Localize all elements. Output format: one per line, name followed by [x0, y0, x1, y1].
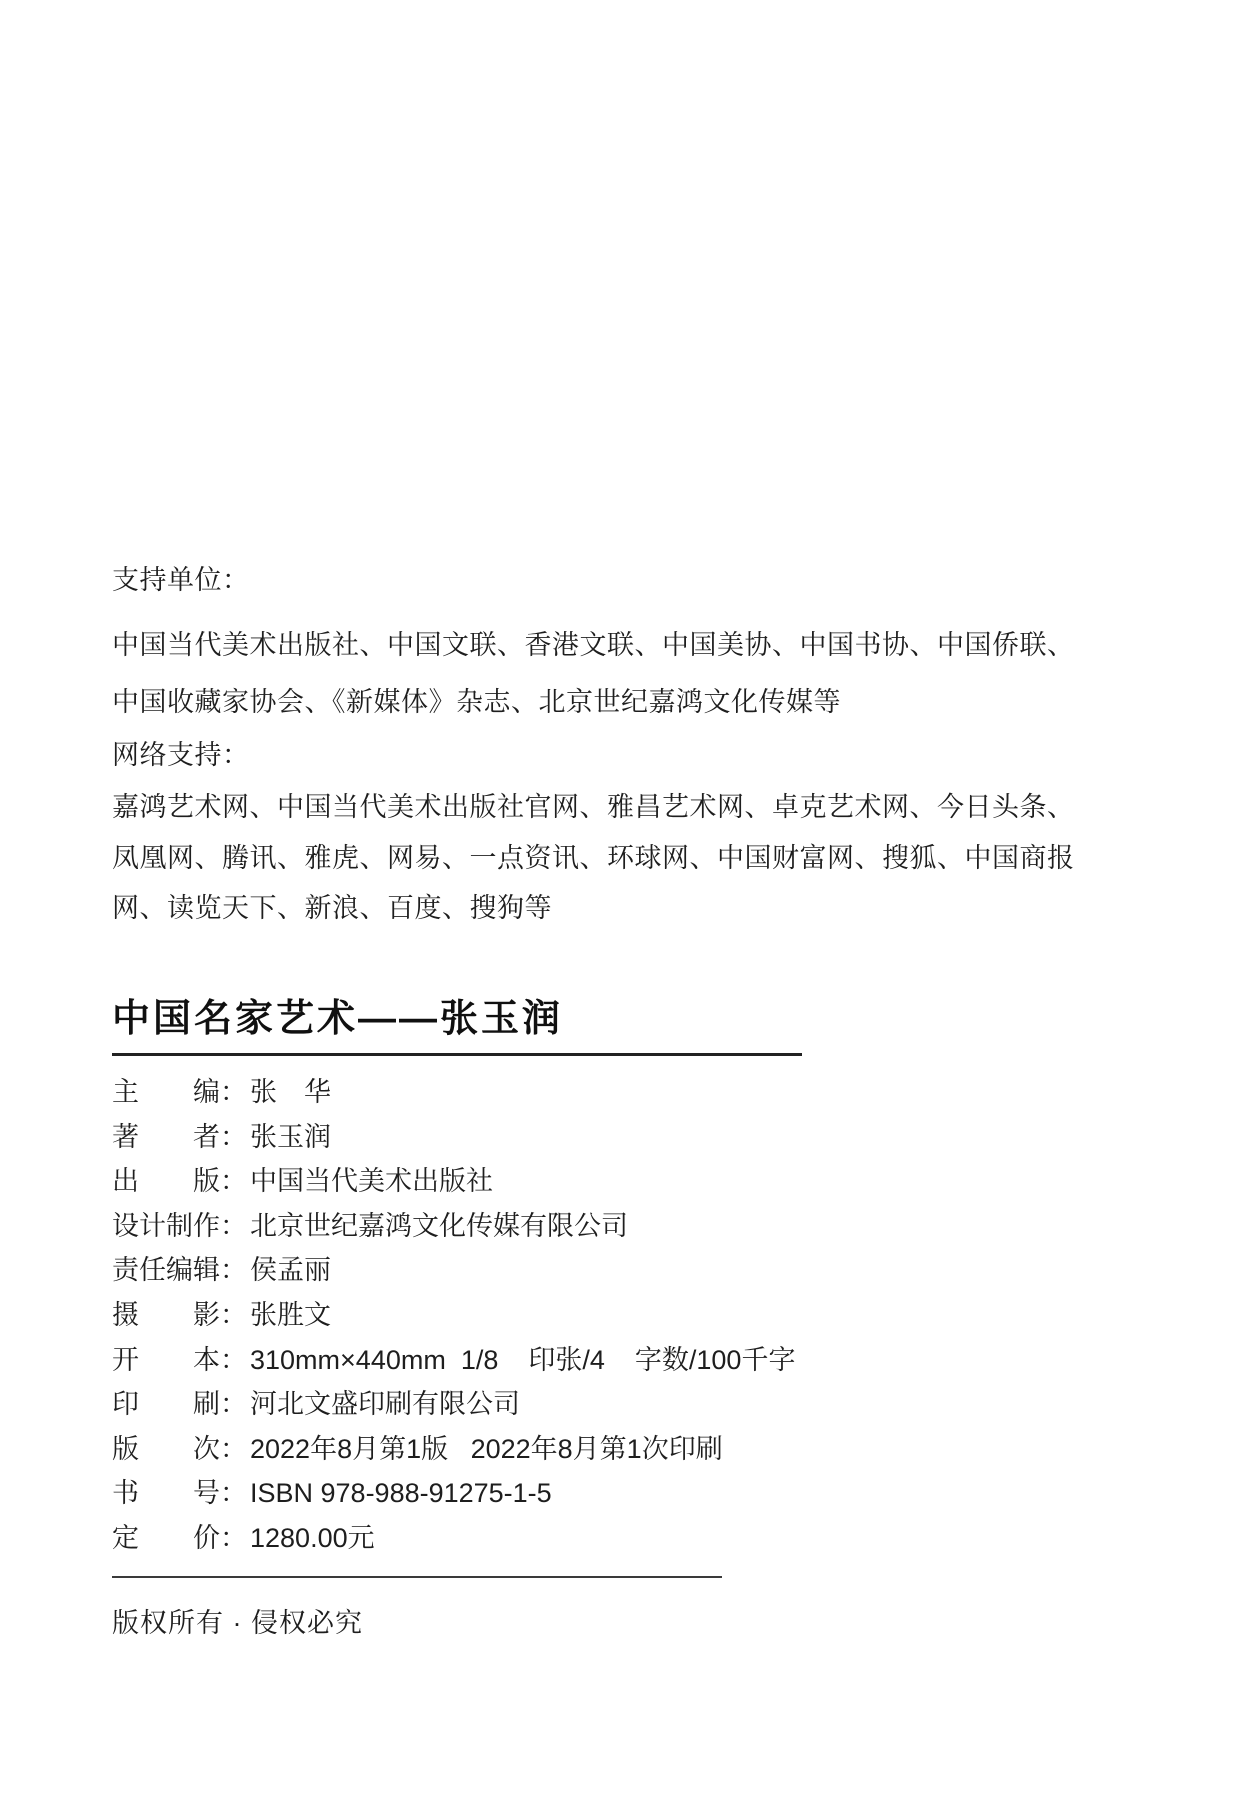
colophon-value: ISBN 978-988-91275-1-5: [250, 1478, 552, 1508]
colophon-page: 支持单位： 中国当代美术出版社、中国文联、香港文联、中国美协、中国书协、中国侨联…: [0, 0, 1248, 1800]
bottom-divider: [112, 1576, 722, 1578]
colophon-row-printer: 印 刷：河北文盛印刷有限公司: [112, 1382, 795, 1427]
colophon-label: 设计制作：: [112, 1204, 250, 1249]
colophon-label: 责任编辑：: [112, 1248, 250, 1293]
colophon-value: 河北文盛印刷有限公司: [250, 1389, 520, 1419]
colophon-label: 摄 影：: [112, 1293, 250, 1338]
colophon-label: 定 价：: [112, 1516, 250, 1561]
colophon-value: 310mm×440mm 1/8 印张/4 字数/100千字: [250, 1345, 795, 1375]
book-title: 中国名家艺术——张玉润: [112, 995, 563, 1043]
colophon-value: 2022年8月第1版 2022年8月第1次印刷: [250, 1434, 723, 1464]
colophon-value: 张玉润: [250, 1122, 331, 1152]
network-line-2: 凤凰网、腾讯、雅虎、网易、一点资讯、环球网、中国财富网、搜狐、中国商报: [112, 840, 1075, 876]
colophon-value: 张胜文: [250, 1300, 331, 1330]
colophon-row-isbn: 书 号：ISBN 978-988-91275-1-5: [112, 1471, 795, 1516]
network-line-3: 网、读览天下、新浪、百度、搜狗等: [112, 890, 552, 926]
colophon-row-format: 开 本：310mm×440mm 1/8 印张/4 字数/100千字: [112, 1338, 795, 1383]
colophon-row-managing-editor: 责任编辑：侯孟丽: [112, 1248, 795, 1293]
network-heading: 网络支持：: [112, 737, 250, 773]
colophon-value: 1280.00元: [250, 1523, 375, 1553]
support-line-1: 中国当代美术出版社、中国文联、香港文联、中国美协、中国书协、中国侨联、: [112, 627, 1075, 663]
colophon-table: 主 编：张 华 著 者：张玉润 出 版：中国当代美术出版社 设计制作：北京世纪嘉…: [112, 1070, 795, 1561]
colophon-label: 版 次：: [112, 1427, 250, 1472]
colophon-row-design: 设计制作：北京世纪嘉鸿文化传媒有限公司: [112, 1204, 795, 1249]
colophon-row-price: 定 价：1280.00元: [112, 1516, 795, 1561]
title-underline: [112, 1053, 802, 1056]
support-line-2: 中国收藏家协会、《新媒体》杂志、北京世纪嘉鸿文化传媒等: [112, 684, 841, 720]
colophon-label: 著 者：: [112, 1115, 250, 1160]
colophon-row-photography: 摄 影：张胜文: [112, 1293, 795, 1338]
colophon-value: 张 华: [250, 1077, 331, 1107]
copyright-notice: 版权所有 · 侵权必究: [112, 1605, 363, 1641]
network-line-1: 嘉鸿艺术网、中国当代美术出版社官网、雅昌艺术网、卓克艺术网、今日头条、: [112, 789, 1075, 825]
colophon-label: 印 刷：: [112, 1382, 250, 1427]
colophon-row-edition: 版 次：2022年8月第1版 2022年8月第1次印刷: [112, 1427, 795, 1472]
colophon-row-publisher: 出 版：中国当代美术出版社: [112, 1159, 795, 1204]
colophon-row-editor: 主 编：张 华: [112, 1070, 795, 1115]
colophon-value: 中国当代美术出版社: [250, 1166, 493, 1196]
colophon-label: 书 号：: [112, 1471, 250, 1516]
colophon-row-author: 著 者：张玉润: [112, 1115, 795, 1160]
colophon-label: 主 编：: [112, 1070, 250, 1115]
support-heading: 支持单位：: [112, 562, 250, 598]
colophon-value: 北京世纪嘉鸿文化传媒有限公司: [250, 1211, 628, 1241]
colophon-value: 侯孟丽: [250, 1255, 331, 1285]
colophon-label: 开 本：: [112, 1338, 250, 1383]
colophon-label: 出 版：: [112, 1159, 250, 1204]
